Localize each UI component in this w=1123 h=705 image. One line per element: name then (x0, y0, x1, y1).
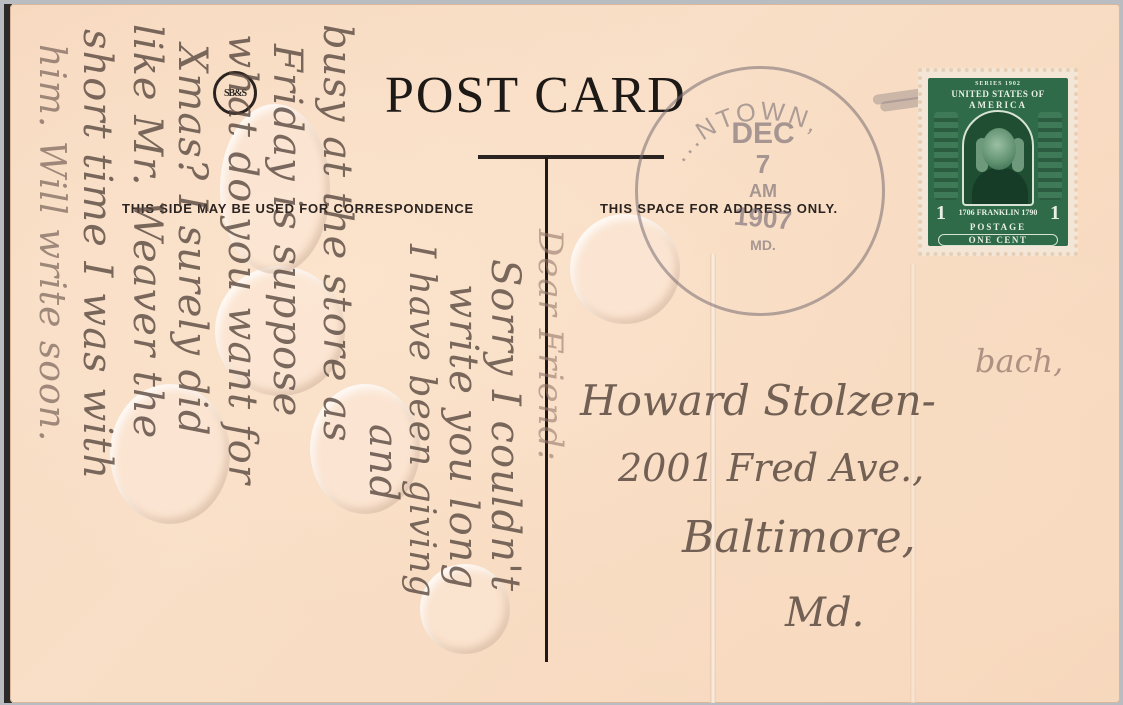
recipient-name-suffix: bach, (975, 342, 1063, 380)
message-line: Sorry I couldn't (482, 259, 528, 592)
message-line: like Mr. Weaver the (124, 24, 170, 439)
message-line: busy at the store as (314, 24, 360, 443)
postmark-year: 1907 (717, 199, 809, 237)
stamp-country: UNITED STATES OF (928, 89, 1068, 99)
recipient-state: Md. (785, 590, 864, 636)
stamp-caryatid-right-icon (1038, 112, 1062, 200)
header-rule (478, 155, 664, 159)
stamp-series: SERIES 1902 (928, 81, 1068, 87)
message-line: I have been giving (401, 244, 442, 598)
postmark-state: MD. (718, 233, 808, 257)
stamp-country-2: AMERICA (928, 100, 1068, 110)
message-line: what do you want for (219, 34, 265, 485)
franklin-portrait-icon (962, 110, 1034, 206)
message-line: him. Will write soon. (31, 44, 72, 442)
stamp-name-line: 1706 FRANKLIN 1790 (928, 208, 1068, 217)
message-line: Xmas? I surely did (169, 44, 215, 437)
postcard: SB&S POST CARD THIS SIDE MAY BE USED FOR… (10, 4, 1120, 703)
postage-stamp: SERIES 1902 UNITED STATES OF AMERICA 1 1… (918, 68, 1078, 256)
message-line: and (360, 424, 406, 502)
postmark: ...NTOWN, DEC 7 AM 1907 MD. (635, 66, 885, 316)
postmark-date: DEC 7 AM 1907 MD. (718, 119, 808, 257)
stamp-value: ONE CENT (938, 234, 1058, 246)
stamp-postage: POSTAGE (928, 222, 1068, 232)
message-line: Friday is suppose (264, 44, 310, 417)
message-line: short time I was with (74, 29, 120, 480)
message-line: write you long (440, 284, 486, 590)
postmark-day: 7 (718, 149, 808, 179)
stamp-design: SERIES 1902 UNITED STATES OF AMERICA 1 1… (928, 78, 1068, 246)
recipient-name: Howard Stolzen- (580, 376, 936, 425)
message-line: Dear Friend: (530, 229, 570, 462)
recipient-street: 2001 Fred Ave., (618, 446, 924, 490)
stamp-caryatid-left-icon (934, 112, 958, 200)
recipient-city: Baltimore, (682, 512, 916, 563)
postmark-month: DEC (718, 119, 808, 149)
